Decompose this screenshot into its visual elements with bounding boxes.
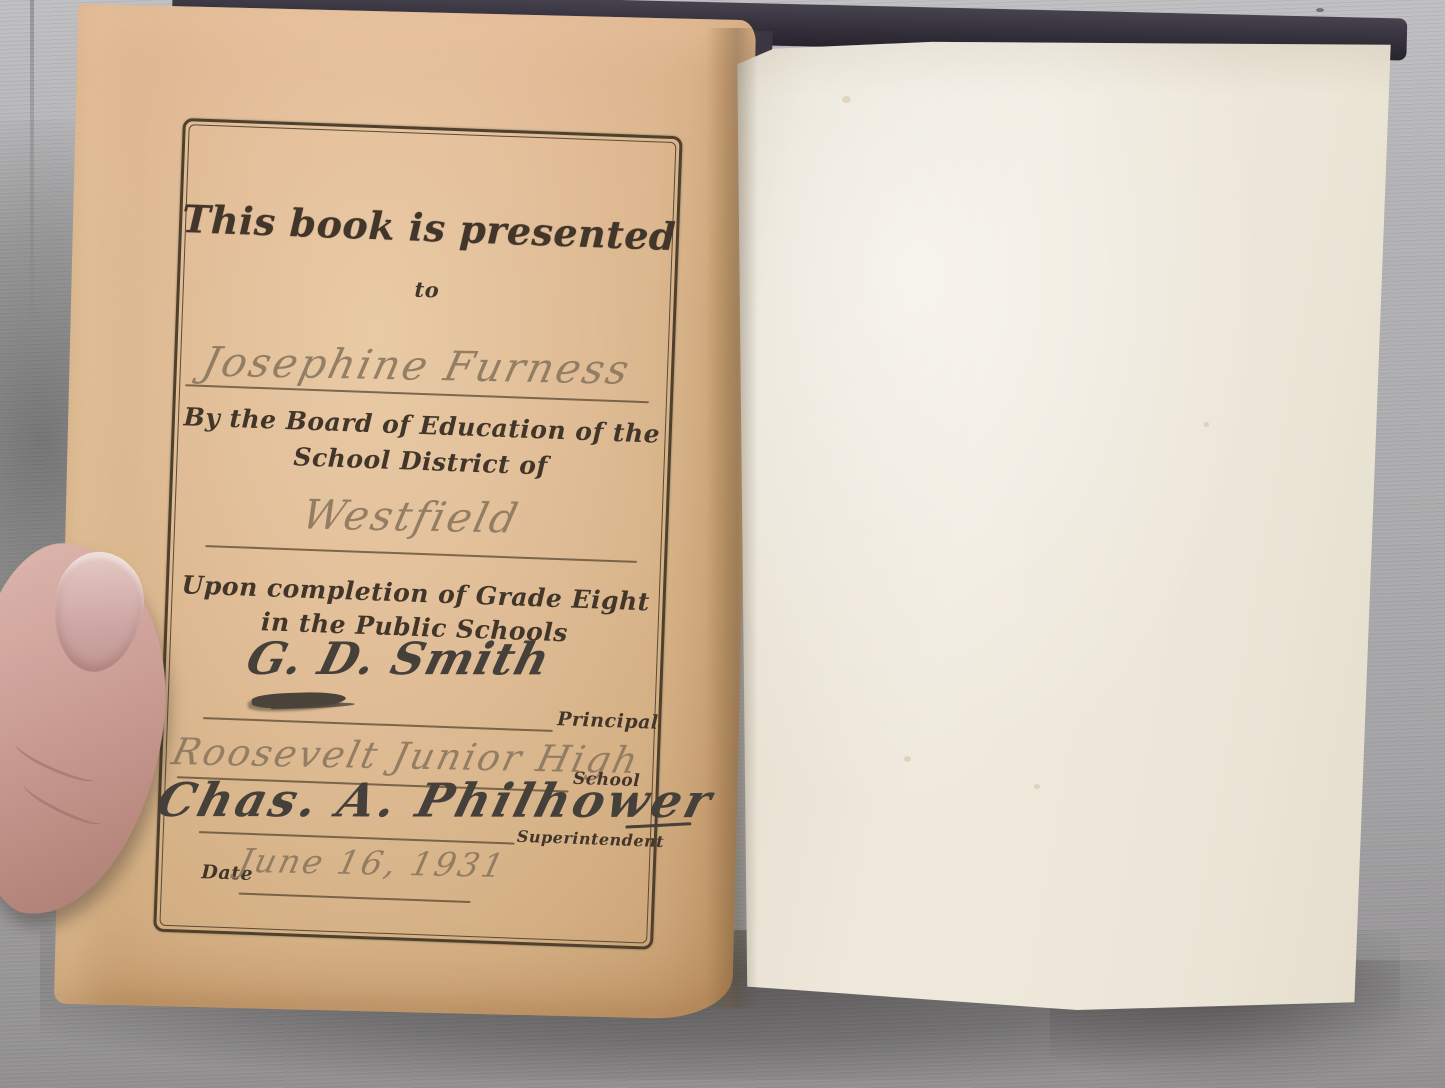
fabric-fleck (1316, 8, 1324, 12)
foxing-spot (842, 96, 851, 103)
gutter-shadow (706, 28, 758, 1008)
fabric-crease (30, 0, 34, 330)
foxing-spot (1204, 422, 1209, 427)
district-name: Westfield (298, 491, 525, 543)
principal-signature: G. D. Smith (241, 632, 556, 685)
superintendent-signature: Chas. A. Philhower (151, 773, 720, 829)
right-page-sheen (734, 36, 1394, 1012)
recipient-name: Josephine Furness (198, 338, 636, 394)
right-page-blank (734, 36, 1394, 1012)
foxing-spot (1034, 784, 1040, 789)
photo-of-open-book: This book is presented to Josephine Furn… (0, 0, 1445, 1088)
principal-label: Principal (557, 708, 659, 734)
bookplate: This book is presented to Josephine Furn… (153, 118, 682, 950)
date-value: June 16, 1931 (235, 841, 510, 885)
foxing-spot (904, 756, 911, 762)
